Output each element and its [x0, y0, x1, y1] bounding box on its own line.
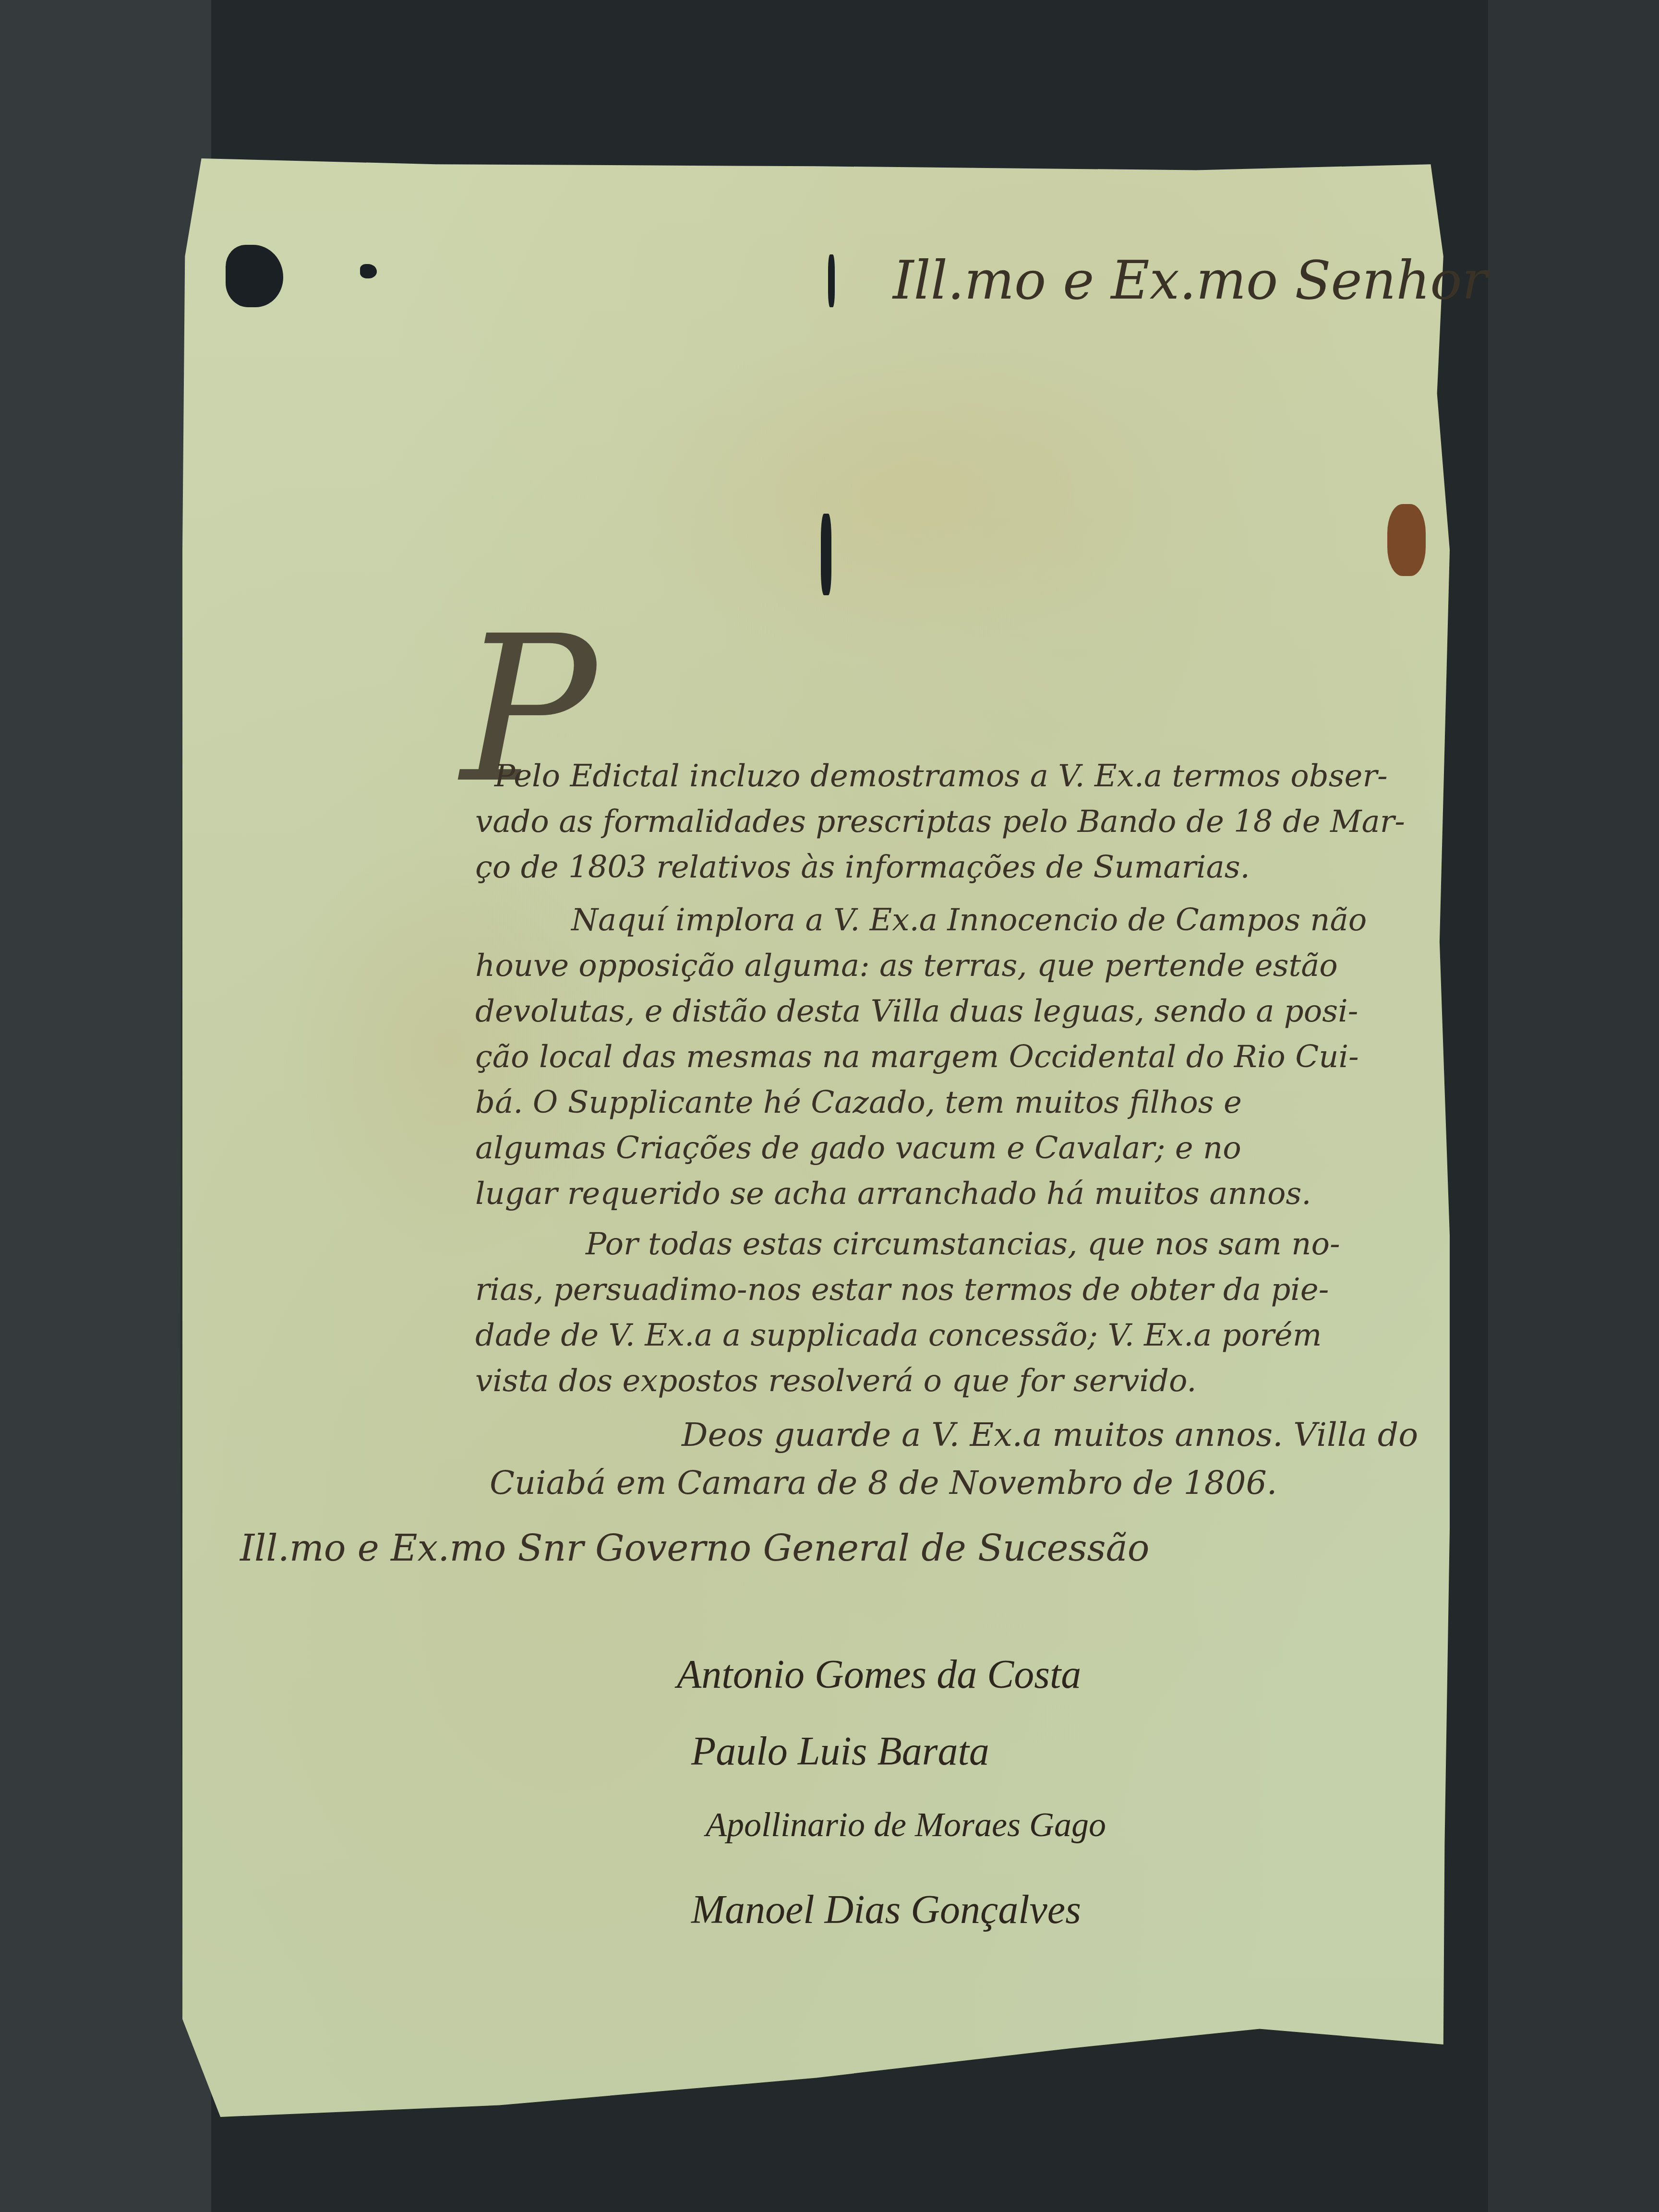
ink-burn-hole [360, 264, 377, 278]
background-right-panel [1488, 0, 1659, 2212]
salutation: Ill.mo e Ex.mo Senhor [893, 250, 1487, 311]
body-line: Por todas estas circumstancias, que nos … [586, 1226, 1340, 1262]
body-line: bá. O Supplicante hé Cazado, tem muitos … [475, 1085, 1242, 1120]
signature-3: Apollinario de Moraes Gago [706, 1805, 1106, 1845]
body-line: ção local das mesmas na margem Occidenta… [475, 1039, 1359, 1075]
ink-burn-hole [828, 254, 835, 307]
body-line: houve opposição alguma: as terras, que p… [475, 948, 1338, 984]
body-line: ço de 1803 relativos às informações de S… [475, 850, 1250, 885]
body-line: dade de V. Ex.a a supplicada concessão; … [475, 1318, 1322, 1353]
signature-1: Antonio Gomes da Costa [677, 1651, 1081, 1698]
body-line: lugar requerido se acha arranchado há mu… [475, 1176, 1311, 1212]
addressee: Ill.mo e Ex.mo Snr Governo General de Su… [240, 1527, 1150, 1569]
signature-4: Manoel Dias Gonçalves [691, 1887, 1081, 1933]
body-line: devolutas, e distão desta Villa duas leg… [475, 994, 1358, 1029]
background-left-panel [0, 0, 211, 2212]
body-line: rias, persuadimo-nos estar nos termos de… [475, 1272, 1329, 1308]
rust-stain [1387, 504, 1426, 576]
body-line: algumas Criações de gado vacum e Cavalar… [475, 1130, 1241, 1166]
water-stain [614, 326, 1190, 662]
body-line: vado as formalidades prescriptas pelo Ba… [475, 804, 1405, 840]
body-line: Naquí implora a V. Ex.a Innocencio de Ca… [571, 902, 1367, 938]
closing-line: Cuiabá em Camara de 8 de Novembro de 180… [490, 1464, 1277, 1502]
signature-2: Paulo Luis Barata [691, 1728, 989, 1775]
ink-burn-hole [226, 245, 283, 307]
body-line: Pelo Edictal incluzo demostramos a V. Ex… [494, 758, 1388, 794]
body-line: vista dos expostos resolverá o que for s… [475, 1363, 1197, 1399]
ink-burn-hole [821, 514, 831, 595]
closing-line: Deos guarde a V. Ex.a muitos annos. Vill… [682, 1416, 1418, 1454]
